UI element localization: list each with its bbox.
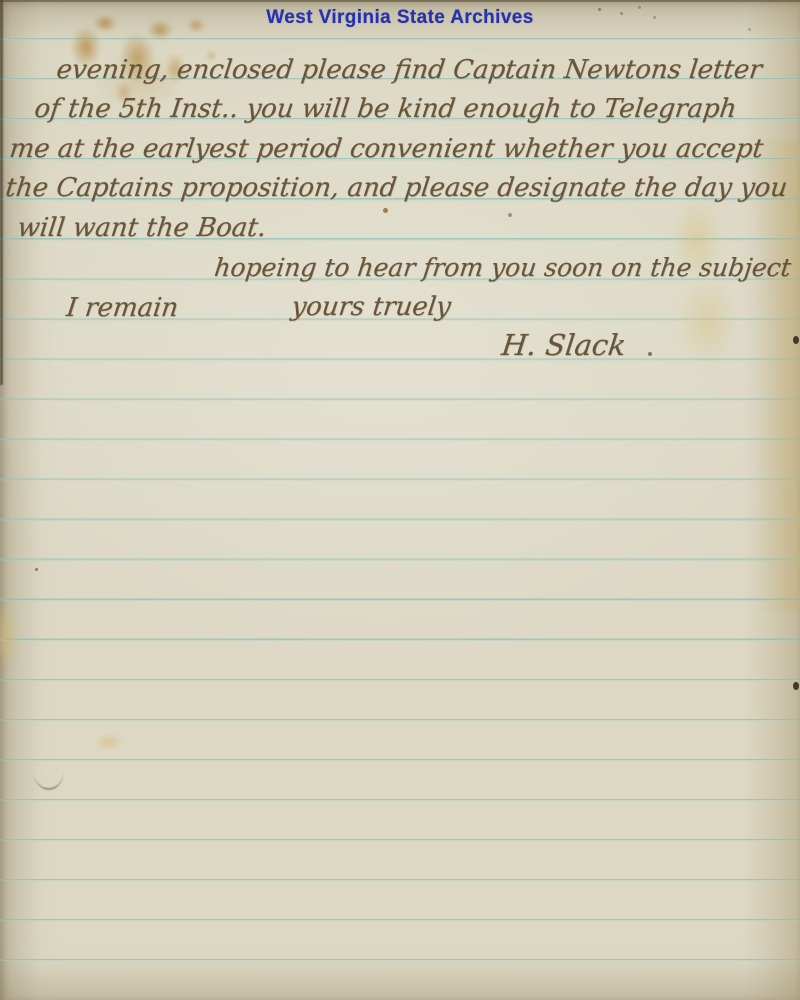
edge-stain-left bbox=[0, 575, 28, 685]
letter-line-4: the Captains proposition, and please des… bbox=[4, 175, 789, 201]
letter-closing-remain: I remain bbox=[65, 295, 180, 321]
letter-line-5: will want the Boat. bbox=[16, 215, 268, 241]
signature-period-dot bbox=[648, 352, 652, 356]
scanned-letter-page: West Virginia State Archives evening, en… bbox=[0, 0, 800, 1000]
scan-edge-left bbox=[0, 0, 3, 385]
edge-stain-right bbox=[756, 140, 800, 610]
ink-speck bbox=[383, 208, 388, 213]
small-stain bbox=[85, 727, 133, 757]
letter-closing-yours: yours truely bbox=[290, 294, 452, 320]
letter-line-1: evening, enclosed please find Captain Ne… bbox=[55, 57, 763, 83]
letter-line-3: me at the earlyest period convenient whe… bbox=[8, 136, 765, 162]
dark-speck bbox=[793, 336, 799, 344]
signature: H. Slack bbox=[500, 331, 628, 360]
ink-speck bbox=[508, 213, 512, 217]
ink-speck bbox=[35, 568, 38, 571]
letter-line-2: of the 5th Inst.. you will be kind enoug… bbox=[33, 96, 738, 122]
archive-header-title: West Virginia State Archives bbox=[0, 7, 800, 29]
dark-speck bbox=[793, 682, 799, 690]
scan-edge-top bbox=[0, 0, 800, 2]
letter-line-6: hopeing to hear from you soon on the sub… bbox=[213, 255, 792, 280]
